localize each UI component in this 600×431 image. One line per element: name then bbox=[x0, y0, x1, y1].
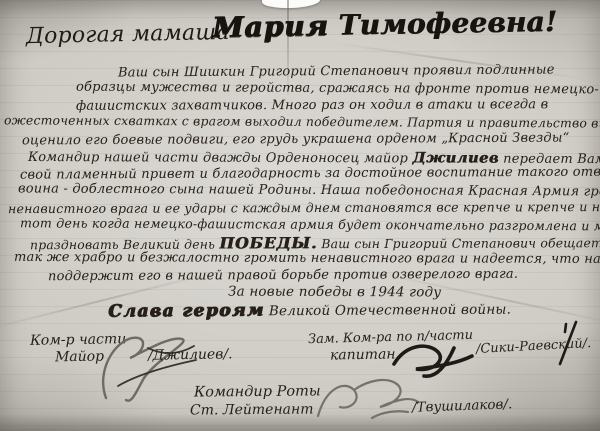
signature-deputy-rank: капитан bbox=[330, 346, 396, 364]
company-commander-autograph bbox=[312, 372, 422, 424]
body-line: Слава героям Великой Отечественной войны… bbox=[108, 299, 511, 322]
body-text: Ваш сын Шишкин Григорий Степанович прояв… bbox=[118, 62, 555, 80]
body-line: образцы мужества и геройства, сражаясь н… bbox=[76, 80, 599, 98]
body-text: Командир нашей части дважды Орденоносец … bbox=[28, 150, 412, 166]
body-line: фашистских захватчиков. Много раз он ход… bbox=[76, 97, 548, 114]
body-line: ненавистного врага и ее удары с каждым д… bbox=[8, 199, 600, 216]
body-line: оценило его боевые подвиги, его грудь ук… bbox=[22, 131, 570, 149]
salutation-name: Мария Тимофеевна! bbox=[212, 5, 558, 45]
body-line: воина - доблестного сына нашей Родины. Н… bbox=[18, 181, 600, 200]
salutation-greeting: Дорогая мамаша bbox=[26, 20, 230, 51]
body-text: За новые победы в 1944 году bbox=[228, 284, 441, 301]
body-text: свой пламенный привет и благодарность за… bbox=[20, 164, 600, 182]
body-text: ненавистного врага и ее удары с каждым д… bbox=[8, 199, 600, 216]
salutation-name-rest: Тимофеевна! bbox=[338, 5, 557, 42]
body-text: Ваш сын Григорий Степанович обещает и в … bbox=[317, 235, 600, 251]
body-text: образцы мужества и геройства, сражаясь н… bbox=[76, 80, 599, 98]
body-text: воина - доблестного сына нашей Родины. Н… bbox=[18, 181, 600, 199]
body-text: оценило его боевые подвиги, его грудь ук… bbox=[22, 131, 570, 149]
salutation-name-first: Мария bbox=[212, 9, 329, 44]
victory-word-bold: ПОБЕДЫ. bbox=[219, 233, 317, 252]
signature-company-role: Командир Роты bbox=[194, 383, 321, 401]
body-line: свой пламенный привет и благодарность за… bbox=[20, 164, 600, 183]
letter-scan: { "document": { "type": "handwritten-let… bbox=[0, 0, 600, 431]
body-line: так же храбро и безжалостно громить нена… bbox=[14, 250, 600, 268]
signature-commander-name: /Джилиев/. bbox=[148, 346, 233, 364]
commander-name-bold: Джилиев bbox=[412, 149, 499, 166]
body-text: поддержит его в нашей правой борьбе прот… bbox=[48, 267, 518, 284]
body-line: За новые победы в 1944 году bbox=[228, 284, 441, 301]
slogan-bold: Слава героям bbox=[108, 300, 265, 321]
body-line: Ваш сын Шишкин Григорий Степанович прояв… bbox=[118, 62, 555, 81]
body-text: Великой Отечественной войны. bbox=[264, 302, 511, 320]
body-text: так же храбро и безжалостно громить нена… bbox=[14, 250, 600, 267]
body-text: ожесточенных схватках с врагом выходил п… bbox=[4, 112, 600, 130]
signature-company-rank: Ст. Лейтенант bbox=[190, 401, 314, 419]
body-text: фашистских захватчиков. Много раз он ход… bbox=[76, 97, 548, 114]
body-line: поддержит его в нашей правой борьбе прот… bbox=[48, 267, 518, 285]
